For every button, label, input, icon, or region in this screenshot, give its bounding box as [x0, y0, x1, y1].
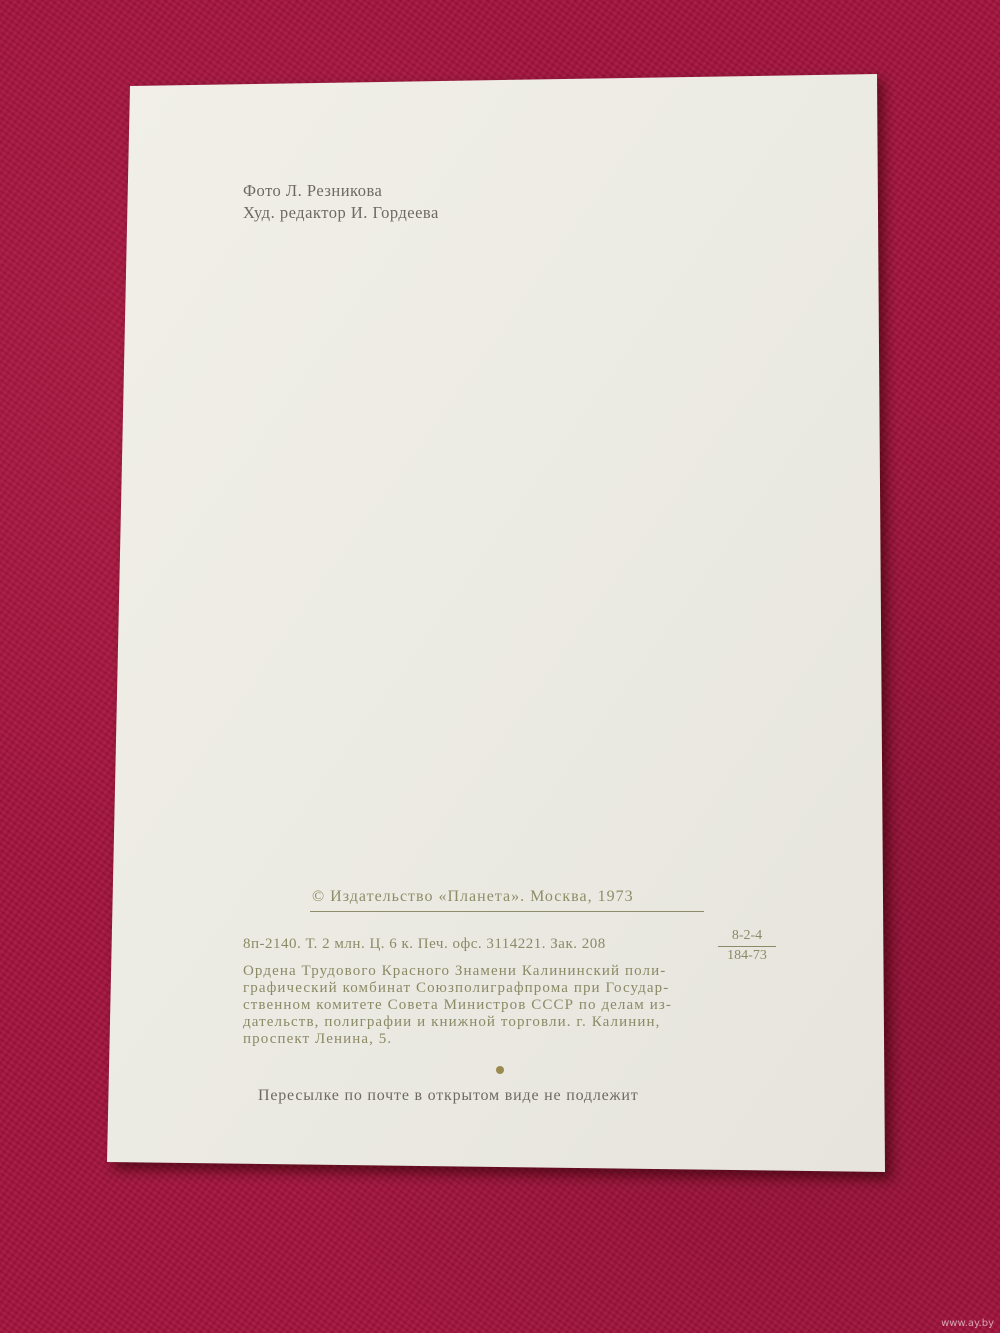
printer-line: ственном комитете Совета Министров СССР … [243, 997, 672, 1014]
postcard-shape [0, 0, 1000, 1333]
separator-dot [496, 1066, 504, 1074]
print-info: 8п-2140. Т. 2 млн. Ц. 6 к. Печ. офс. 311… [243, 936, 606, 953]
printer-line: графический комбинат Союзполиграфпрома п… [243, 980, 672, 997]
printer-line: дательств, полиграфии и книжной торговли… [243, 1014, 672, 1031]
index-numerator: 8-2-4 [718, 928, 776, 944]
art-editor-credit: Худ. редактор И. Гордеева [243, 202, 439, 224]
publisher-underline [310, 911, 704, 912]
postal-notice: Пересылке по почте в открытом виде не по… [258, 1087, 639, 1105]
photo-credit: Фото Л. Резникова [243, 180, 382, 202]
watermark: www.ay.by [941, 1318, 994, 1329]
printer-info: Ордена Трудового Красного Знамени Калини… [243, 963, 672, 1048]
printer-line: Ордена Трудового Красного Знамени Калини… [243, 963, 672, 980]
index-denominator: 184-73 [718, 948, 776, 964]
printer-line: проспект Ленина, 5. [243, 1031, 672, 1048]
fraction-bar [718, 946, 776, 947]
publisher-line: © Издательство «Планета». Москва, 1973 [312, 888, 634, 906]
index-fraction: 8-2-4 184-73 [718, 928, 776, 964]
